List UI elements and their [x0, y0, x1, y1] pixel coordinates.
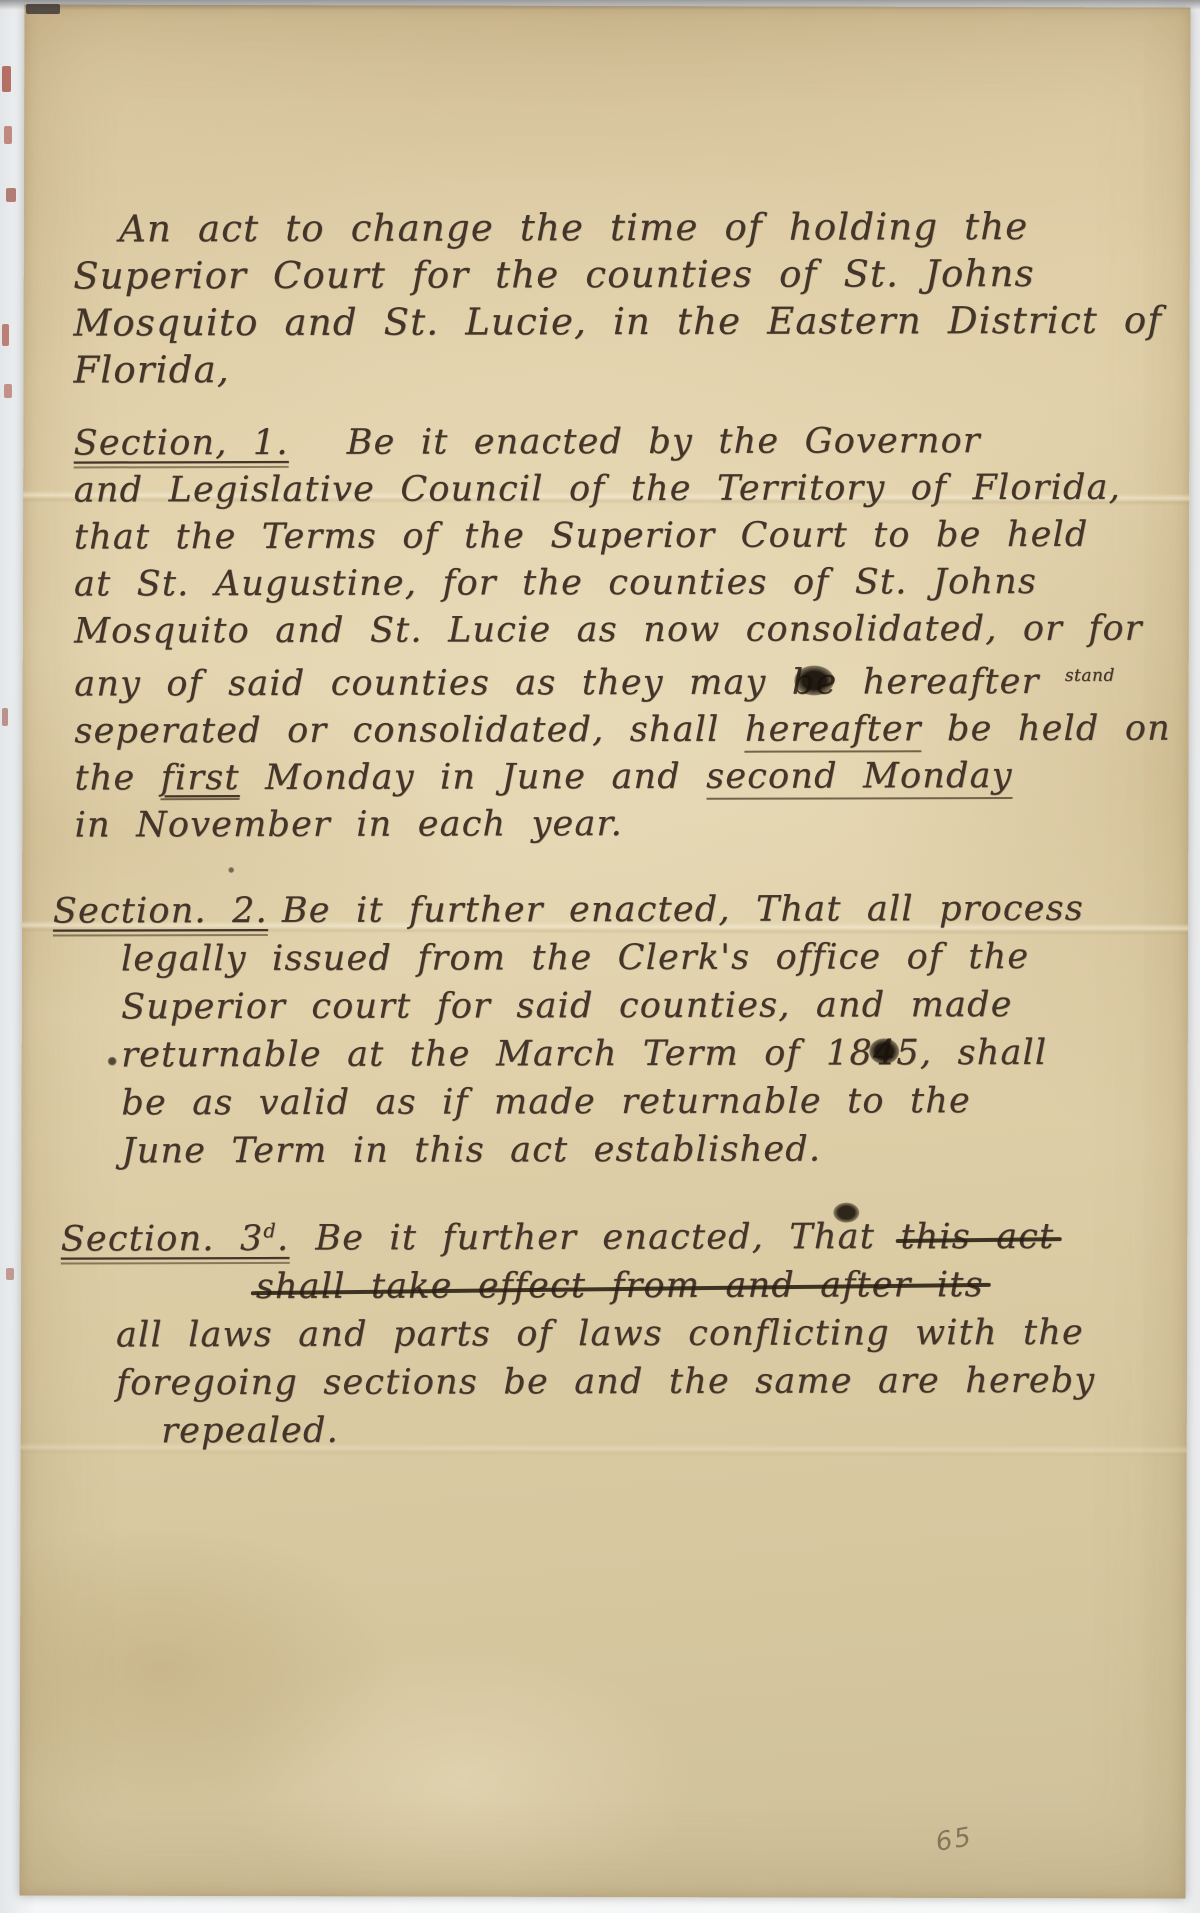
title-line-3: Mosquito and St. Lucie, in the Eastern D…: [73, 297, 1162, 347]
section-3-heading-text: Section. 3: [61, 1219, 264, 1260]
section-1-line-7: seperated or consolidated, shall hereaft…: [74, 706, 1171, 756]
inserted-word: stand: [1065, 666, 1115, 686]
section-2-line-3: Superior court for said counties, and ma…: [53, 981, 1084, 1032]
blotted-digit: 4: [873, 1033, 897, 1073]
scan-edge-mark: [2, 324, 9, 346]
section-2: Section. 2.Be it further enacted, That a…: [53, 885, 1085, 1176]
scan-edge-mark: [4, 126, 12, 144]
underlined-word: second: [706, 756, 838, 799]
underlined-word: Monday: [838, 756, 1013, 799]
scan-edge-mark: [4, 384, 12, 398]
section-3: Section. 3d.Be it further enacted, That …: [61, 1205, 1096, 1455]
underlined-word: first: [161, 758, 240, 800]
section-1-text: hereafter: [837, 662, 1065, 703]
title-line-1: An act to change the time of holding the: [73, 203, 1162, 253]
scan-edge-mark: [6, 188, 16, 202]
section-1-line-4: at St. Augustine, for the counties of St…: [74, 559, 1171, 609]
section-2-line-1: Section. 2.Be it further enacted, That a…: [53, 885, 1084, 936]
title-line-4: Florida,: [73, 344, 1162, 394]
section-1-text: be held on: [922, 709, 1171, 750]
title-line-2: Superior Court for the counties of St. J…: [73, 250, 1162, 300]
section-3-text: Be it further enacted, That: [315, 1217, 900, 1259]
section-2-line-5: be as valid as if made returnable to the: [53, 1077, 1084, 1128]
section-3-line-3: all laws and parts of laws conflicting w…: [61, 1308, 1095, 1359]
section-3-line-4: foregoing sections be and the same are h…: [61, 1356, 1095, 1407]
section-2-line-4: returnable at the March Term of 1845, sh…: [53, 1029, 1084, 1080]
scan-edge-mark: [2, 66, 11, 92]
section-1-line-6: any of said counties as they may be here…: [74, 653, 1171, 709]
section-2-text: Be it further enacted, That all process: [282, 889, 1084, 931]
ink-blot: [228, 867, 234, 873]
struck-line: shall take effect from and after its: [256, 1261, 984, 1311]
section-2-heading: Section. 2.: [53, 891, 268, 937]
section-3-heading: Section. 3d.: [61, 1219, 290, 1265]
section-1-line-5: Mosquito and St. Lucie as now consolidat…: [74, 606, 1171, 656]
section-1-text: Monday in June and: [240, 757, 707, 798]
section-1-line-8: the first Monday in June and second Mond…: [74, 753, 1171, 803]
section-1-line-2: and Legislative Council of the Territory…: [74, 465, 1171, 515]
section-1-text: the: [74, 758, 160, 798]
section-1-line-1: Section, 1.Be it enacted by the Governor: [74, 418, 1171, 468]
scanned-manuscript-screenshot: { "page": { "pencil_note": "65" }, "titl…: [0, 0, 1200, 1913]
section-3-line-2: shall take effect from and after its: [61, 1260, 1095, 1311]
ordinal-superscript: d: [263, 1219, 277, 1242]
scan-edge-mark: [2, 708, 8, 726]
section-1: Section, 1.Be it enacted by the Governor…: [74, 418, 1172, 850]
section-3-line-1: Section. 3d.Be it further enacted, That …: [61, 1205, 1095, 1263]
blotted-word: be: [792, 662, 838, 702]
scan-edge-shadow: [0, 0, 1200, 10]
act-title-block: An act to change the time of holding the…: [73, 203, 1162, 394]
scan-edge-mark: [6, 1268, 14, 1280]
pencil-number: 65: [933, 1822, 975, 1858]
section-1-text: Be it enacted by the Governor: [347, 421, 981, 463]
section-1-text: any of said counties as they may: [74, 663, 792, 705]
struck-words: this act: [900, 1213, 1054, 1261]
underlined-word: hereafter: [745, 709, 922, 752]
section-2-text: 5, shall: [896, 1033, 1047, 1073]
scan-edge-mark: [26, 4, 60, 14]
section-1-line-9: in November in each year.: [75, 800, 1172, 850]
section-3-heading-dot: .: [277, 1219, 289, 1259]
manuscript-page: An act to change the time of holding the…: [20, 4, 1191, 1898]
section-2-line-6: June Term in this act established.: [53, 1125, 1084, 1176]
section-2-line-2: legally issued from the Clerk's office o…: [53, 933, 1084, 984]
section-2-text: returnable at the March Term of 18: [121, 1033, 873, 1075]
section-3-line-5: repealed.: [61, 1404, 1095, 1455]
section-1-text: seperated or consolidated, shall: [74, 710, 745, 752]
section-1-line-3: that the Terms of the Superior Court to …: [74, 512, 1171, 562]
section-1-heading: Section, 1.: [74, 423, 289, 469]
